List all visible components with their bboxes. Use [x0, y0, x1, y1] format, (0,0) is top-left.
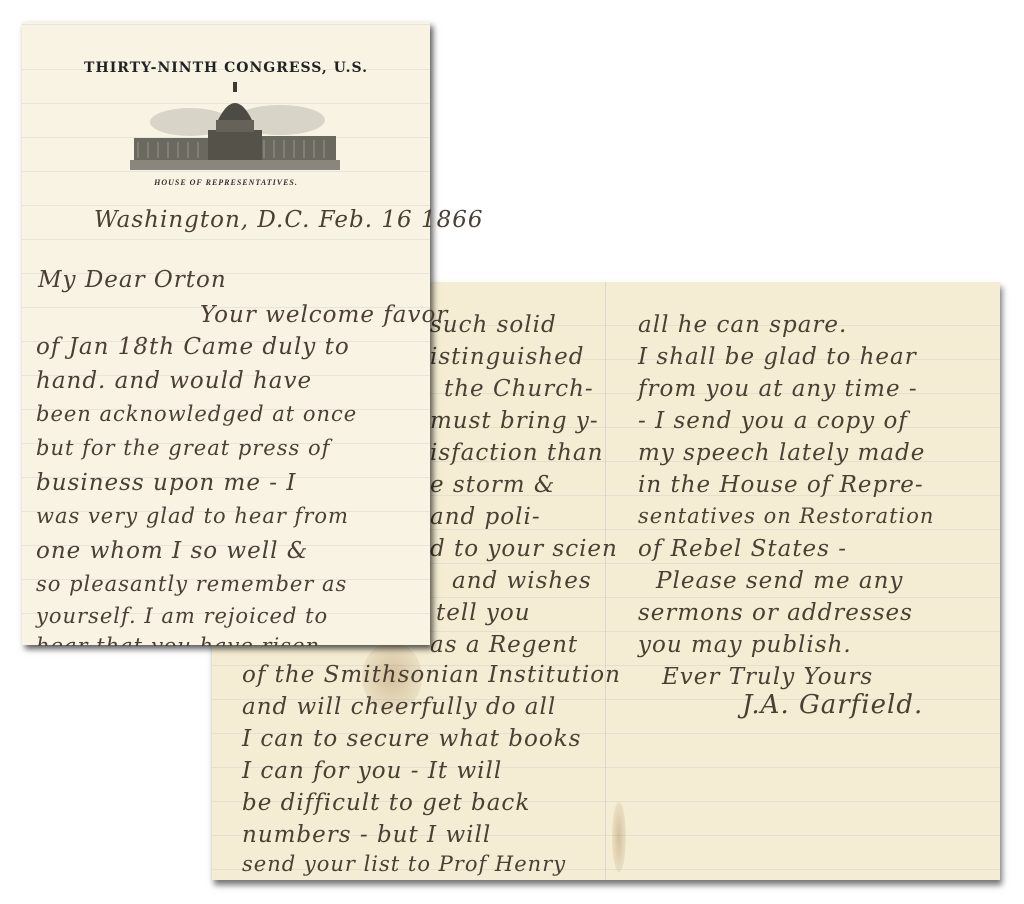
page-fold [605, 282, 607, 880]
back-right-line: sentatives on Restoration [638, 504, 934, 528]
back-left-line: I can to secure what books [242, 726, 581, 752]
back-right-line: I shall be glad to hear [638, 344, 917, 370]
back-left-line: as a Regent [430, 632, 578, 658]
back-left-line: tell you [436, 600, 531, 626]
back-right-line: you may publish. [638, 632, 852, 658]
front-line: hand. and would have [36, 368, 312, 394]
back-left-line: numbers - but I will [242, 822, 491, 848]
salutation: My Dear Orton [38, 267, 227, 293]
front-line: but for the great press of [36, 436, 330, 460]
back-right-line: from you at any time - [638, 376, 918, 402]
front-line: one whom I so well & [36, 538, 308, 564]
signature: J.A. Garfield. [742, 690, 923, 720]
back-right-line: sermons or addresses [638, 600, 913, 626]
back-left-line: must bring y- [430, 408, 599, 434]
back-left-line: of the Smithsonian Institution [242, 662, 621, 688]
back-right-line: my speech lately made [638, 440, 925, 466]
back-right-line: in the House of Repre- [638, 472, 924, 498]
letter-front-page: THIRTY-NINTH CONGRESS, U.S. HOUSE OF REP… [22, 22, 430, 645]
back-left-line: be difficult to get back [242, 790, 530, 816]
back-left-line: isfaction than [430, 440, 603, 466]
back-left-line: and wishes [452, 568, 592, 594]
back-left-line: d to your scien [430, 536, 618, 562]
back-left-line: I can for you - It will [242, 758, 502, 784]
back-left-line: the Church- [444, 376, 594, 402]
back-left-line: such solid [430, 312, 557, 338]
front-line: so pleasantly remember as [36, 572, 347, 596]
back-left-line: e storm & [430, 472, 555, 498]
letterhead-congress: THIRTY-NINTH CONGRESS, U.S. [22, 60, 430, 76]
back-right-line: Ever Truly Yours [662, 664, 873, 690]
front-line: been acknowledged at once [36, 402, 357, 426]
front-line: business upon me - I [36, 470, 296, 496]
back-left-line: and will cheerfully do all [242, 694, 556, 720]
back-right-line: all he can spare. [638, 312, 847, 338]
back-left-line: and poli- [430, 504, 541, 530]
capitol-engraving-icon [130, 82, 340, 174]
back-right-line: Please send me any [656, 568, 903, 594]
front-line: of Jan 18th Came duly to [36, 334, 350, 360]
front-line: yourself. I am rejoiced to [36, 604, 328, 628]
back-left-line: istinguished [430, 344, 584, 370]
ink-stain [612, 802, 626, 872]
front-line: Your welcome favor [200, 302, 448, 328]
letterhead-house: HOUSE OF REPRESENTATIVES. [22, 178, 430, 187]
back-right-line: of Rebel States - [638, 536, 847, 562]
front-line: was very glad to hear from [36, 504, 349, 528]
back-right-line: - I send you a copy of [638, 408, 908, 434]
back-left-line: send your list to Prof Henry [242, 852, 566, 876]
dateline: Washington, D.C. Feb. 16 1866 [94, 207, 484, 233]
